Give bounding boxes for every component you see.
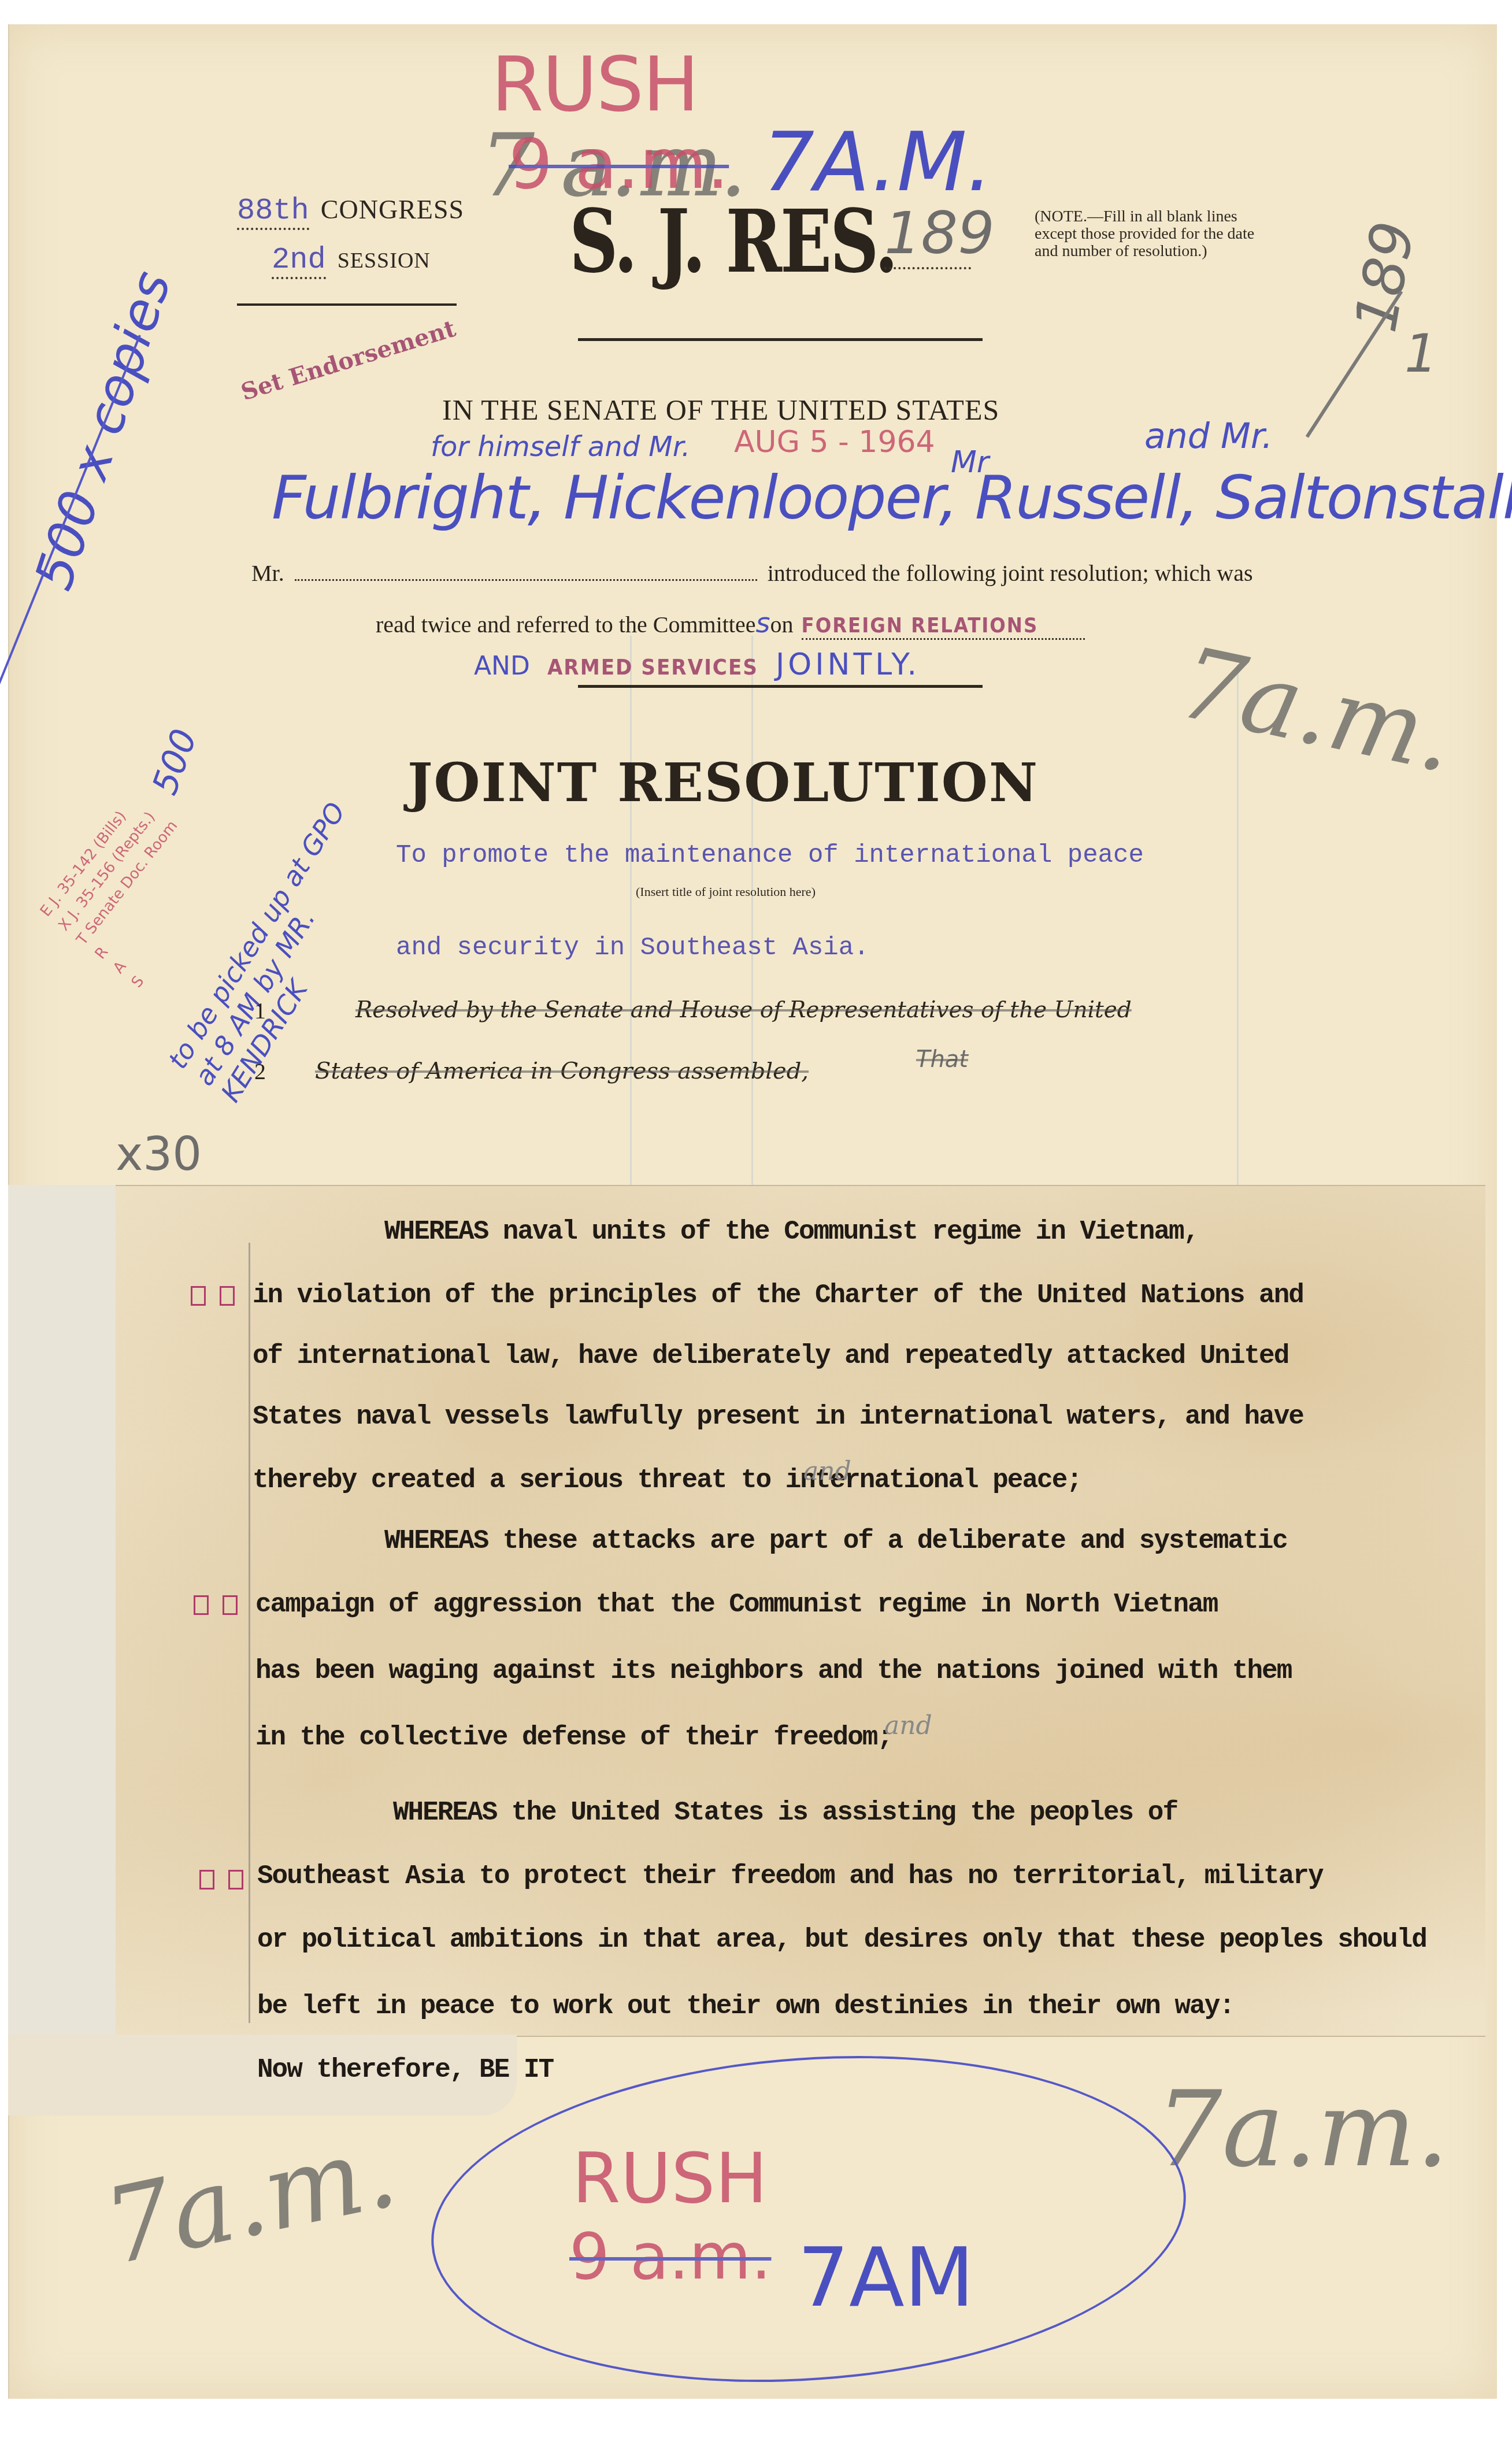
sponsors-above-and-mr: and Mr.: [1144, 416, 1273, 457]
referred-text: read twice and referred to the Committee: [376, 611, 755, 638]
insert-left-margin: [8, 1185, 117, 2035]
grey-7am-stamp-bottom-right: 7a.m.: [1156, 2069, 1449, 2190]
committee-line-2: AND ARMED SERVICES JOINTLY.: [474, 647, 920, 682]
introduced-line: Mr. introduced the following joint resol…: [251, 560, 1286, 587]
struck-that: That: [916, 1046, 968, 1073]
committee-plural-mark: s: [755, 607, 770, 639]
pencil-tally: x30: [116, 1127, 202, 1181]
faint-blue-rule: [751, 636, 753, 1185]
sponsors-above: for himself and Mr.: [431, 431, 690, 463]
resolution-title-line-2: and security in Southeast Asia.: [396, 933, 869, 962]
committee-on: on: [770, 611, 794, 638]
margin-pencil-sub: 1: [1404, 324, 1437, 384]
whereas-1-line: States naval vessels lawfully present in…: [253, 1402, 1303, 1432]
whereas-2-line: WHEREAS these attacks are part of a deli…: [384, 1526, 1287, 1556]
pencil-and-addition: and: [884, 1711, 932, 1740]
resolution-title-caption: (Insert title of joint resolution here): [636, 884, 816, 899]
whereas-1-line: of international law, have deliberately …: [253, 1341, 1288, 1371]
check-box: [199, 1870, 214, 1890]
closing-line: Now therefore, BE IT: [257, 2055, 553, 2085]
line-number: 2: [254, 1058, 266, 1085]
congress-field: 88th CONGRESS: [237, 194, 464, 228]
resolution-number: 189: [884, 199, 971, 269]
whereas-2-line: has been waging against its neighbors an…: [255, 1656, 1291, 1686]
form-title: S. J. RES.: [569, 191, 896, 292]
whereas-3-line: be left in peace to work out their own d…: [257, 1991, 1234, 2021]
committee-foreign-relations: FOREIGN RELATIONS: [802, 614, 1039, 638]
check-box: [223, 1595, 238, 1615]
referred-line: read twice and referred to the Committee…: [376, 607, 1085, 640]
whereas-1-line: thereby created a serious threat to inte…: [253, 1465, 1081, 1495]
rush-stamp-bottom: RUSH: [572, 2139, 768, 2219]
session-label: SESSION: [338, 249, 431, 273]
pencil-and-addition: and: [803, 1457, 851, 1486]
whereas-3-line: Southeast Asia to protect their freedom …: [257, 1861, 1323, 1891]
whereas-3-line: or political ambitions in that area, but…: [257, 1925, 1426, 1955]
check-box: [228, 1870, 243, 1890]
line-number: 1: [254, 997, 266, 1024]
joint-resolution-heading: JOINT RESOLUTION: [407, 751, 1039, 814]
session-number: 2nd: [272, 243, 326, 279]
committee-armed-services: ARMED SERVICES: [547, 654, 758, 680]
mr-label: Mr.: [251, 560, 284, 587]
check-box: [191, 1286, 206, 1306]
whereas-1-line: WHEREAS naval units of the Communist reg…: [384, 1217, 1198, 1247]
whereas-3-line: WHEREAS the United States is assisting t…: [393, 1798, 1177, 1828]
resolution-title-line-1: To promote the maintenance of internatio…: [396, 841, 1144, 870]
introduced-text: introduced the following joint resolutio…: [768, 560, 1253, 587]
header-rule-left: [237, 303, 457, 306]
rush-bottom-time-corrected: 7AM: [798, 2231, 974, 2325]
senate-heading: IN THE SENATE OF THE UNITED STATES: [442, 393, 999, 427]
committee-jointly: JOINTLY.: [776, 647, 920, 682]
congress-number: 88th: [237, 194, 309, 230]
committee-blank: FOREIGN RELATIONS: [802, 611, 1085, 640]
whereas-2-line: in the collective defense of their freed…: [255, 1722, 892, 1753]
enacting-clause-line-1: Resolved by the Senate and House of Repr…: [355, 997, 1132, 1023]
rush-bottom-time-struck: 9 a.m.: [569, 2220, 771, 2294]
session-field: 2nd SESSION: [272, 243, 431, 277]
date-received-stamp: AUG 5 - 1964: [734, 425, 935, 460]
check-box: [220, 1286, 235, 1306]
enacting-clause-line-2: States of America in Congress assembled,: [315, 1058, 809, 1084]
header-rule-center: [578, 338, 983, 341]
committee-rule: [578, 685, 983, 688]
whereas-1-line: in violation of the principles of the Ch…: [253, 1280, 1303, 1310]
sponsors-handwritten: Fulbright, Hickenlooper, Russell, Salton…: [272, 462, 1512, 533]
committee-and: AND: [474, 651, 530, 681]
check-box: [194, 1595, 209, 1615]
congress-label: CONGRESS: [321, 195, 464, 224]
faint-blue-rule: [630, 636, 632, 1185]
insert-margin-rule: [249, 1243, 250, 2023]
sponsor-blank: [295, 579, 757, 581]
form-note: (NOTE.—Fill in all blank lines except th…: [1035, 208, 1260, 260]
whereas-2-line: campaign of aggression that the Communis…: [255, 1590, 1217, 1620]
